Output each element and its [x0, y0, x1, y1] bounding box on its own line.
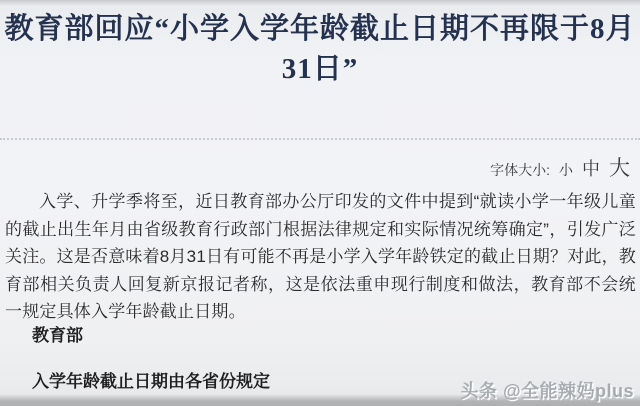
article-paragraph: 入学、升学季将至，近日教育部办公厅印发的文件中提到“就读小学一年级儿童的截止出生… — [5, 188, 636, 326]
article-title: 教育部回应“小学入学年龄截止日期不再限于8月31日” — [0, 0, 640, 89]
font-size-large-button[interactable]: 大 — [609, 152, 630, 182]
dotted-divider — [0, 138, 640, 140]
font-size-control: 字体大小: 小 中 大 — [490, 152, 630, 182]
article-source-heading: 教育部 — [32, 321, 83, 346]
font-size-medium-button[interactable]: 中 — [582, 155, 600, 181]
font-size-label: 字体大小: — [490, 160, 550, 180]
article-page: 教育部回应“小学入学年龄截止日期不再限于8月31日” 字体大小: 小 中 大 入… — [0, 0, 640, 406]
article-section-heading: 入学年龄截止日期由各省份规定 — [32, 367, 270, 392]
toutiao-watermark: 头条 @全能辣妈plus — [460, 377, 634, 403]
font-size-small-button[interactable]: 小 — [559, 160, 573, 180]
